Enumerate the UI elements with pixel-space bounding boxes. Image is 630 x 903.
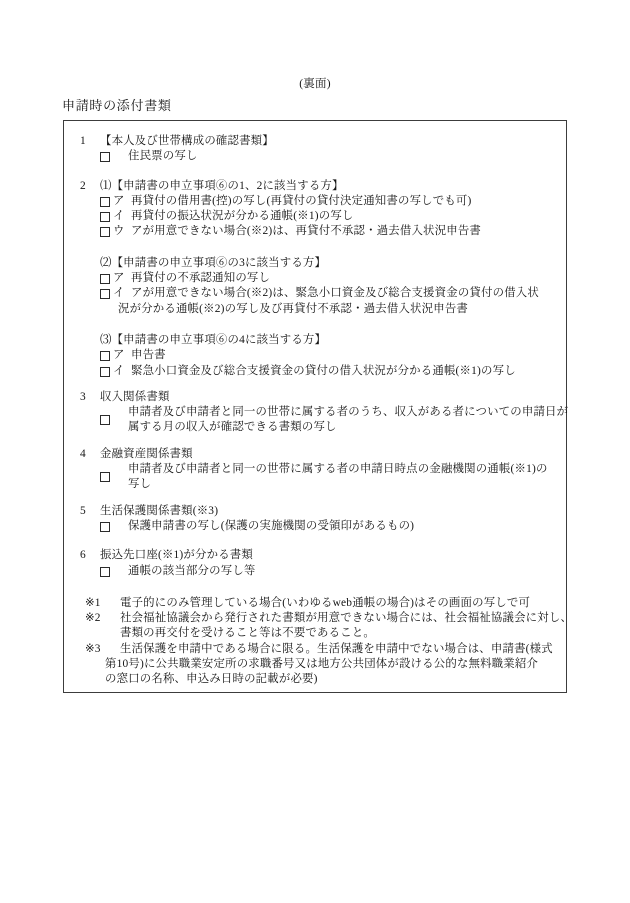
- subsection-heading: ⑵【申請書の申立事項⑥の3に該当する方】: [100, 256, 326, 271]
- checkbox[interactable]: [100, 227, 110, 237]
- item-label: イ: [113, 286, 125, 301]
- footnote-text-block: 電子的にのみ管理している場合(いわゆるweb通帳の場合)はその画面の写しで可: [120, 596, 556, 611]
- item-text: 再貸付の不承認通知の写し: [131, 271, 270, 286]
- subsection-heading: ⑴【申請書の申立事項⑥の1、2に該当する方】: [100, 179, 344, 194]
- section-3: 3 収入関係書類 申請者及び申請者と同一の世帯に属する者のうち、収入がある者につ…: [80, 390, 556, 436]
- section-4-head: 4 金融資産関係書類: [80, 447, 556, 462]
- item-text: 申告書: [131, 348, 166, 363]
- checkbox-item: ウ アが用意できない場合(※2)は、再貸付不承認・過去借入状況申告書: [80, 224, 556, 239]
- footnote-text-continued: 第10号)に公共職業安定所の求職番号又は地方公共団体が設ける公的な無料職業紹介: [105, 657, 556, 672]
- subsection-head: ⑵【申請書の申立事項⑥の3に該当する方】: [80, 256, 556, 271]
- footnote-text-continued: の窓口の名称、申込み日時の記載が必要): [105, 672, 556, 687]
- checkbox-item: 申請者及び申請者と同一の世帯に属する者の申請日時点の金融機関の通帳(※1)の 写…: [80, 462, 556, 493]
- checkbox[interactable]: [100, 351, 110, 361]
- checkbox-cell: イ: [100, 209, 131, 224]
- item-label: イ: [113, 209, 125, 224]
- subsection-head: ⑶【申請書の申立事項⑥の4に該当する方】: [80, 333, 556, 348]
- section-2-sub-2: ⑵【申請書の申立事項⑥の3に該当する方】 ア 再貸付の不承認通知の写し イ アが…: [80, 256, 556, 317]
- footnote-text-block: 社会福祉協議会から発行された書類が用意できない場合には、社会福祉協議会に対し、 …: [120, 611, 556, 642]
- checkbox[interactable]: [100, 367, 110, 377]
- item-text: アが用意できない場合(※2)は、再貸付不承認・過去借入状況申告書: [131, 224, 481, 239]
- item-text: 保護申請書の写し(保護の実施機関の受領印があるもの): [128, 519, 414, 534]
- item-text: 住民票の写し: [128, 149, 198, 164]
- item-text: 申請者及び申請者と同一の世帯に属する者のうち、収入がある者についての申請日が: [128, 405, 556, 420]
- section-number: 1: [80, 134, 100, 149]
- item-text-block: アが用意できない場合(※2)は、緊急小口資金及び総合支援資金の貸付の借入状 況が…: [131, 286, 556, 317]
- item-text: 再貸付の振込状況が分かる通帳(※1)の写し: [131, 209, 354, 224]
- section-4: 4 金融資産関係書類 申請者及び申請者と同一の世帯に属する者の申請日時点の金融機…: [80, 447, 556, 493]
- checkbox-item: イ アが用意できない場合(※2)は、緊急小口資金及び総合支援資金の貸付の借入状 …: [80, 286, 556, 317]
- footnote-3: ※3 生活保護を申請中である場合に限る。生活保護を申請中でない場合は、申請書(様…: [85, 642, 556, 688]
- item-label: イ: [113, 364, 125, 379]
- section-2: 2 ⑴【申請書の申立事項⑥の1、2に該当する方】 ア 再貸付の借用書(控)の写し…: [80, 179, 556, 379]
- item-text: 申請者及び申請者と同一の世帯に属する者の申請日時点の金融機関の通帳(※1)の: [128, 462, 556, 477]
- checkbox-item: イ 緊急小口資金及び総合支援資金の貸付の借入状況が分かる通帳(※1)の写し: [80, 364, 556, 379]
- item-label: ア: [113, 271, 125, 286]
- section-heading: 振込先口座(※1)が分かる書類: [100, 548, 253, 563]
- section-2-sub-1: 2 ⑴【申請書の申立事項⑥の1、2に該当する方】 ア 再貸付の借用書(控)の写し…: [80, 179, 556, 240]
- section-heading: 収入関係書類: [100, 390, 170, 405]
- footnote-text-continued: 書類の再交付を受けること等は不要であること。: [120, 626, 556, 641]
- section-1-head: 1 【本人及び世帯構成の確認書類】: [80, 134, 556, 149]
- checkbox-item: 住民票の写し: [80, 149, 556, 167]
- page-title: 申請時の添付書類: [62, 95, 630, 114]
- section-5-head: 5 生活保護関係書類(※3): [80, 504, 556, 519]
- checkbox-item: ア 再貸付の借用書(控)の写し(再貸付の貸付決定通知書の写しでも可): [80, 194, 556, 209]
- checkbox-item: ア 再貸付の不承認通知の写し: [80, 271, 556, 286]
- checkbox[interactable]: [100, 289, 110, 299]
- item-text-block: 申請者及び申請者と同一の世帯に属する者のうち、収入がある者についての申請日が 属…: [128, 405, 556, 436]
- item-text-continued: 況が分かる通帳(※2)の写し及び再貸付不承認・過去借入状況申告書: [118, 302, 556, 317]
- item-text: 再貸付の借用書(控)の写し(再貸付の貸付決定通知書の写しでも可): [131, 194, 472, 209]
- item-label: ア: [113, 348, 125, 363]
- item-label: ア: [113, 194, 125, 209]
- section-number: 3: [80, 390, 100, 405]
- item-text-continued: 属する月の収入が確認できる書類の写し: [128, 420, 556, 435]
- item-text-block: 申請者及び申請者と同一の世帯に属する者の申請日時点の金融機関の通帳(※1)の 写…: [128, 462, 556, 493]
- checkbox-cell: [100, 519, 128, 537]
- back-side-label: (裏面): [0, 0, 630, 91]
- footnote-text: 生活保護を申請中である場合に限る。生活保護を申請中でない場合は、申請書(様式: [120, 642, 556, 657]
- checkbox-item: 通帳の該当部分の写し等: [80, 564, 556, 582]
- document-page: (裏面) 申請時の添付書類 1 【本人及び世帯構成の確認書類】 住民票の写し 2…: [0, 0, 630, 903]
- item-text: アが用意できない場合(※2)は、緊急小口資金及び総合支援資金の貸付の借入状: [131, 286, 556, 301]
- checkbox-cell: ア: [100, 194, 131, 209]
- checkbox-cell: ア: [100, 271, 131, 286]
- checkbox-item: ア 申告書: [80, 348, 556, 363]
- attachment-list-box: 1 【本人及び世帯構成の確認書類】 住民票の写し 2 ⑴【申請書の申立事項⑥の1…: [63, 120, 567, 693]
- section-1: 1 【本人及び世帯構成の確認書類】 住民票の写し: [80, 134, 556, 168]
- item-label: ウ: [113, 224, 125, 239]
- footnote-text: 電子的にのみ管理している場合(いわゆるweb通帳の場合)はその画面の写しで可: [120, 596, 556, 611]
- checkbox-cell: ア: [100, 348, 131, 363]
- checkbox-item: イ 再貸付の振込状況が分かる通帳(※1)の写し: [80, 209, 556, 224]
- checkbox-cell: [100, 462, 128, 493]
- subsection-heading: ⑶【申請書の申立事項⑥の4に該当する方】: [100, 333, 326, 348]
- section-2-sub-3: ⑶【申請書の申立事項⑥の4に該当する方】 ア 申告書 イ 緊急小口資金及び総合支…: [80, 333, 556, 379]
- footnote-marker: ※2: [85, 611, 120, 626]
- checkbox[interactable]: [100, 567, 110, 577]
- section-number: 5: [80, 504, 100, 519]
- checkbox-item: 申請者及び申請者と同一の世帯に属する者のうち、収入がある者についての申請日が 属…: [80, 405, 556, 436]
- checkbox-cell: [100, 405, 128, 436]
- checkbox[interactable]: [100, 472, 110, 482]
- section-number: 6: [80, 548, 100, 563]
- checkbox-cell: ウ: [100, 224, 131, 239]
- subsection-head: 2 ⑴【申請書の申立事項⑥の1、2に該当する方】: [80, 179, 556, 194]
- footnote-text-block: 生活保護を申請中である場合に限る。生活保護を申請中でない場合は、申請書(様式 第…: [120, 642, 556, 688]
- checkbox[interactable]: [100, 522, 110, 532]
- footnote-1: ※1 電子的にのみ管理している場合(いわゆるweb通帳の場合)はその画面の写しで…: [85, 596, 556, 611]
- section-heading: 【本人及び世帯構成の確認書類】: [100, 134, 274, 149]
- footnote-marker: ※3: [85, 642, 120, 657]
- footnotes: ※1 電子的にのみ管理している場合(いわゆるweb通帳の場合)はその画面の写しで…: [80, 596, 556, 688]
- checkbox[interactable]: [100, 415, 110, 425]
- checkbox[interactable]: [100, 152, 110, 162]
- section-number: 2: [80, 179, 100, 194]
- item-text-continued: 写し: [128, 477, 556, 492]
- checkbox[interactable]: [100, 197, 110, 207]
- section-6: 6 振込先口座(※1)が分かる書類 通帳の該当部分の写し等: [80, 548, 556, 582]
- checkbox[interactable]: [100, 274, 110, 284]
- section-6-head: 6 振込先口座(※1)が分かる書類: [80, 548, 556, 563]
- item-text: 緊急小口資金及び総合支援資金の貸付の借入状況が分かる通帳(※1)の写し: [131, 364, 516, 379]
- section-5: 5 生活保護関係書類(※3) 保護申請書の写し(保護の実施機関の受領印があるもの…: [80, 504, 556, 538]
- checkbox-item: 保護申請書の写し(保護の実施機関の受領印があるもの): [80, 519, 556, 537]
- section-heading: 金融資産関係書類: [100, 447, 193, 462]
- checkbox-cell: [100, 149, 128, 167]
- checkbox[interactable]: [100, 212, 110, 222]
- footnote-text: 社会福祉協議会から発行された書類が用意できない場合には、社会福祉協議会に対し、: [120, 611, 556, 626]
- checkbox-cell: [100, 564, 128, 582]
- footnote-2: ※2 社会福祉協議会から発行された書類が用意できない場合には、社会福祉協議会に対…: [85, 611, 556, 642]
- footnote-marker: ※1: [85, 596, 120, 611]
- checkbox-cell: イ: [100, 286, 131, 301]
- section-number: 4: [80, 447, 100, 462]
- item-text: 通帳の該当部分の写し等: [128, 564, 256, 579]
- checkbox-cell: イ: [100, 364, 131, 379]
- section-3-head: 3 収入関係書類: [80, 390, 556, 405]
- section-heading: 生活保護関係書類(※3): [100, 504, 218, 519]
